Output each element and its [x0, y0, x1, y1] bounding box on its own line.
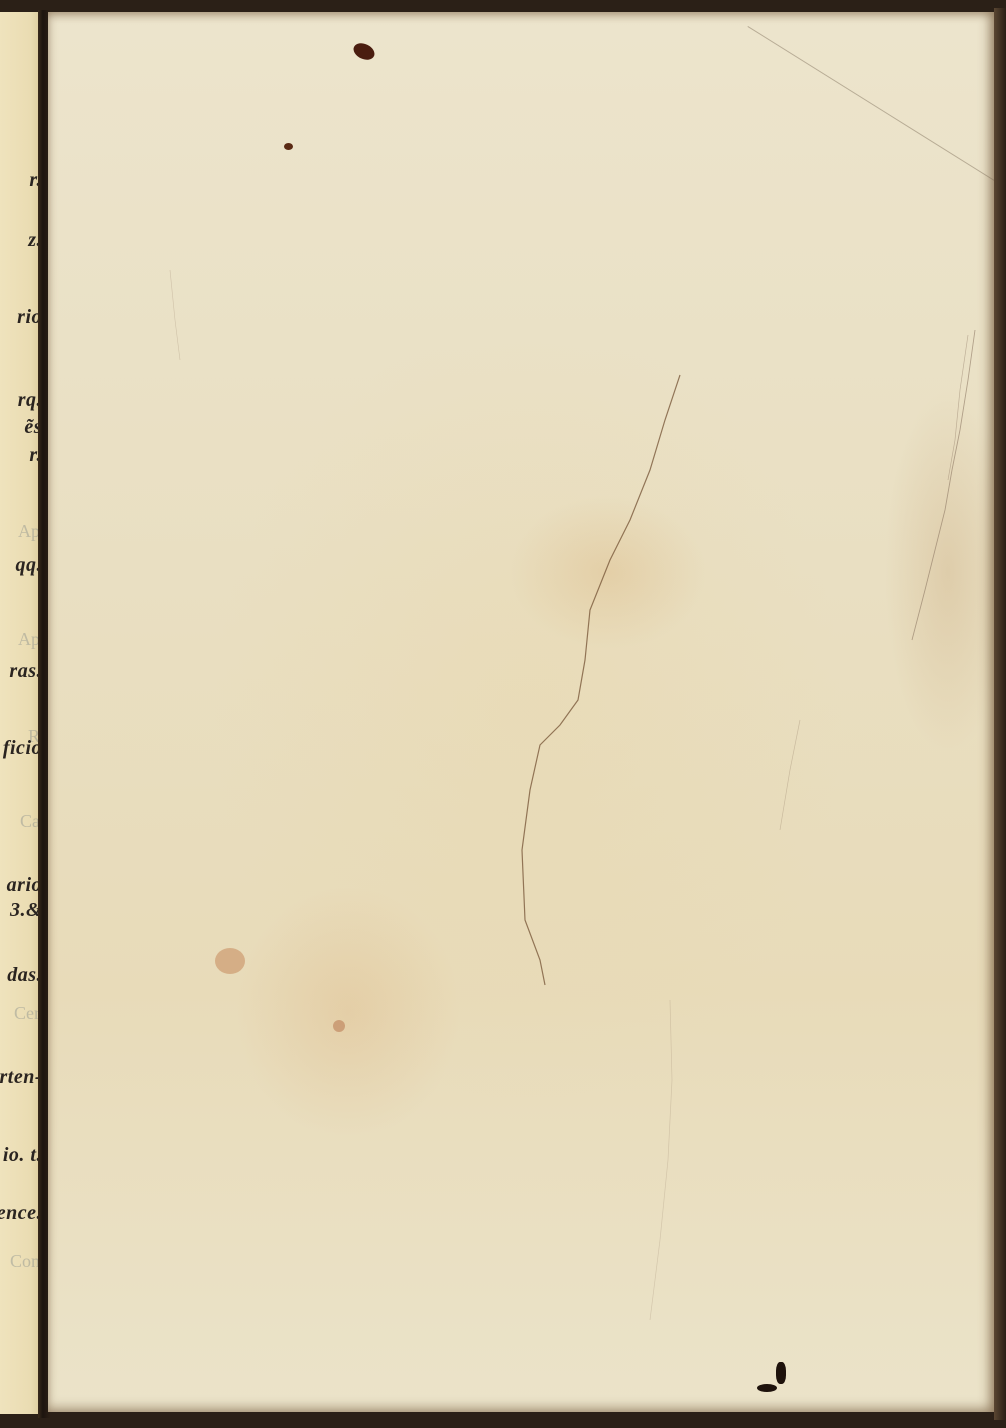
show-through-text: Cer	[14, 1003, 40, 1024]
page-edge-shadow	[994, 8, 1006, 1420]
ink-blot-bottom-tail	[757, 1384, 777, 1392]
margin-text-fragment: ario	[7, 874, 42, 897]
foxing-spot	[333, 1020, 345, 1032]
show-through-text: Ap	[18, 521, 40, 542]
show-through-text: Ca	[20, 811, 40, 832]
margin-text-fragment: ence.	[0, 1202, 42, 1225]
margin-text-fragment: rten-	[0, 1066, 42, 1089]
ink-blot-bottom	[776, 1362, 786, 1384]
corner-fold-crease	[747, 26, 1006, 228]
margin-text-fragment: das.	[7, 964, 42, 987]
blank-page	[48, 12, 994, 1412]
show-through-text: Ap	[18, 629, 40, 650]
foxing-spot	[215, 948, 245, 974]
margin-text-fragment: ficio	[3, 737, 42, 760]
show-through-text: Con	[10, 1251, 40, 1272]
margin-text-fragment: io. t.	[3, 1144, 42, 1167]
ink-blot-small	[284, 143, 293, 150]
